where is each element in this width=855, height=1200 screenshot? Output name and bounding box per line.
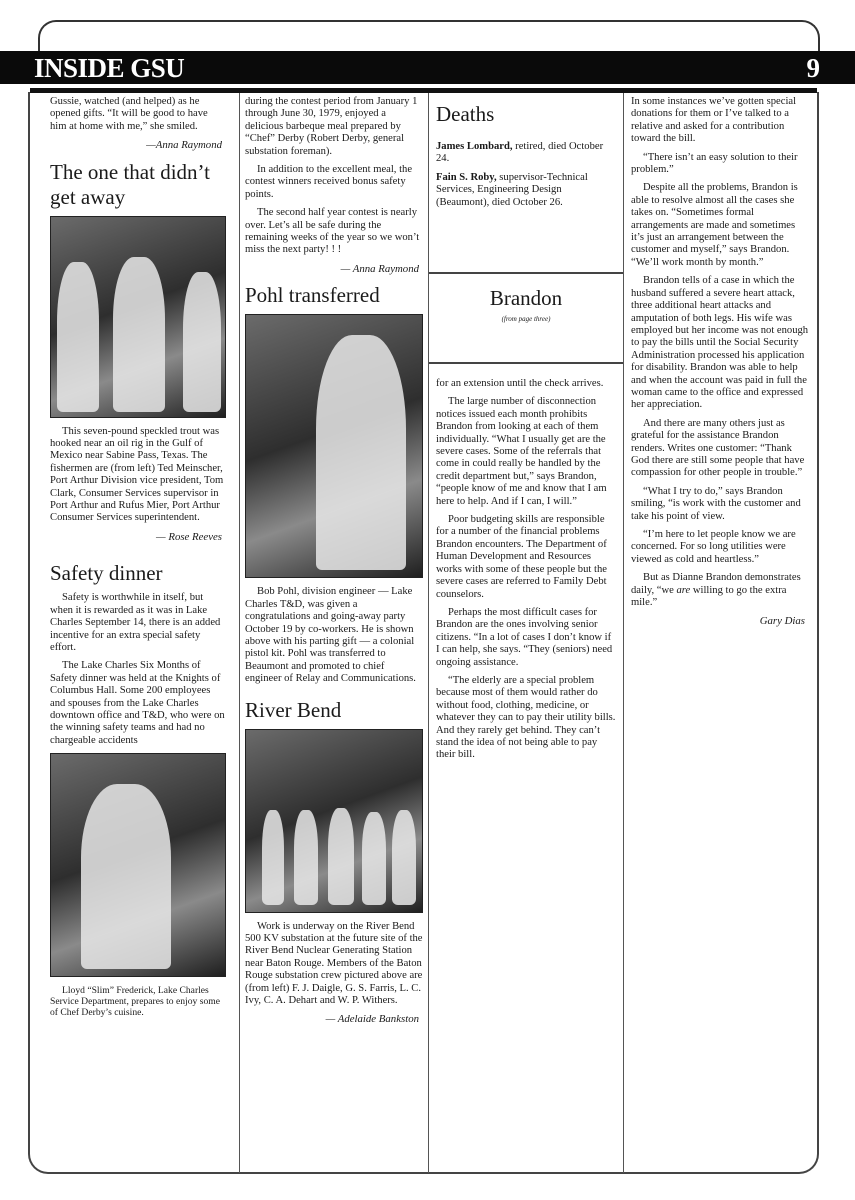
column-2: during the contest period from January 1… xyxy=(245,96,423,1034)
headline-safety-dinner: Safety dinner xyxy=(50,561,226,586)
story-continuation: Gussie, watched (and helped) as he opene… xyxy=(50,96,226,133)
paragraph: during the contest period from January 1… xyxy=(245,96,423,158)
byline: — Rose Reeves xyxy=(50,531,222,543)
paragraph: Despite all the problems, Brandon is abl… xyxy=(631,182,809,269)
byline: — Adelaide Bankston xyxy=(245,1013,419,1025)
paragraph: for an extension until the check arrives… xyxy=(436,378,616,390)
headline-fish: The one that didn’t get away xyxy=(50,160,226,210)
obituary-entry: Fain S. Roby, supervisor-Technical Servi… xyxy=(436,172,616,209)
obituary-entry: James Lombard, retired, died October 24. xyxy=(436,141,616,166)
paragraph: “There isn’t an easy solution to their p… xyxy=(631,152,809,177)
column-4: In some instances we’ve gotten special d… xyxy=(631,96,809,636)
photo-frederick xyxy=(50,753,226,977)
photo-river-bend-crew xyxy=(245,729,423,913)
publication-title: INSIDE GSU xyxy=(34,53,184,84)
column-3: Deaths James Lombard, retired, died Octo… xyxy=(436,96,616,768)
brandon-header-box: Brandon (from page three) xyxy=(429,286,623,364)
obituary-name: James Lombard, xyxy=(436,141,513,152)
deaths-box: Deaths James Lombard, retired, died Octo… xyxy=(429,102,623,274)
page-number: 9 xyxy=(807,53,821,84)
column-1: Gussie, watched (and helped) as he opene… xyxy=(50,96,226,1024)
paragraph: “I’m here to let people know we are conc… xyxy=(631,529,809,566)
photo-caption: Lloyd “Slim” Frederick, Lake Charles Ser… xyxy=(50,985,226,1018)
paragraph: Poor budgeting skills are responsible fo… xyxy=(436,514,616,601)
paragraph: And there are many others just as gratef… xyxy=(631,418,809,480)
photo-caption: Work is underway on the River Bend 500 K… xyxy=(245,921,423,1008)
paragraph: Perhaps the most difficult cases for Bra… xyxy=(436,607,616,669)
headline-deaths: Deaths xyxy=(436,102,616,127)
paragraph: Safety is worthwhile in itself, but when… xyxy=(50,592,226,654)
paragraph: The large number of disconnection notice… xyxy=(436,396,616,508)
photo-caption: This seven-pound speckled trout was hook… xyxy=(50,426,226,525)
headline-pohl: Pohl transferred xyxy=(245,283,423,308)
paragraph: “What I try to do,” says Brandon smiling… xyxy=(631,486,809,523)
headline-river-bend: River Bend xyxy=(245,698,423,723)
masthead: INSIDE GSU 9 xyxy=(0,51,855,84)
paragraph: But as Dianne Brandon demonstrates daily… xyxy=(631,572,809,609)
headline-brandon: Brandon xyxy=(436,286,616,311)
photo-pohl xyxy=(245,314,423,578)
photo-fishermen xyxy=(50,216,226,418)
obituary-name: Fain S. Roby, xyxy=(436,172,497,183)
column-divider xyxy=(623,93,624,1173)
byline: —Anna Raymond xyxy=(50,139,222,151)
paragraph: The Lake Charles Six Months of Safety di… xyxy=(50,660,226,747)
byline: Gary Dias xyxy=(631,615,805,627)
paragraph: The second half year contest is nearly o… xyxy=(245,207,423,257)
column-divider xyxy=(239,93,240,1173)
paragraph: “The elderly are a special problem becau… xyxy=(436,675,616,762)
paragraph: In addition to the excellent meal, the c… xyxy=(245,164,423,201)
paragraph: In some instances we’ve gotten special d… xyxy=(631,96,809,146)
jump-line: (from page three) xyxy=(436,313,616,325)
paragraph: Brandon tells of a case in which the hus… xyxy=(631,275,809,411)
byline: — Anna Raymond xyxy=(245,263,419,275)
photo-caption: Bob Pohl, division engineer — Lake Charl… xyxy=(245,586,423,685)
